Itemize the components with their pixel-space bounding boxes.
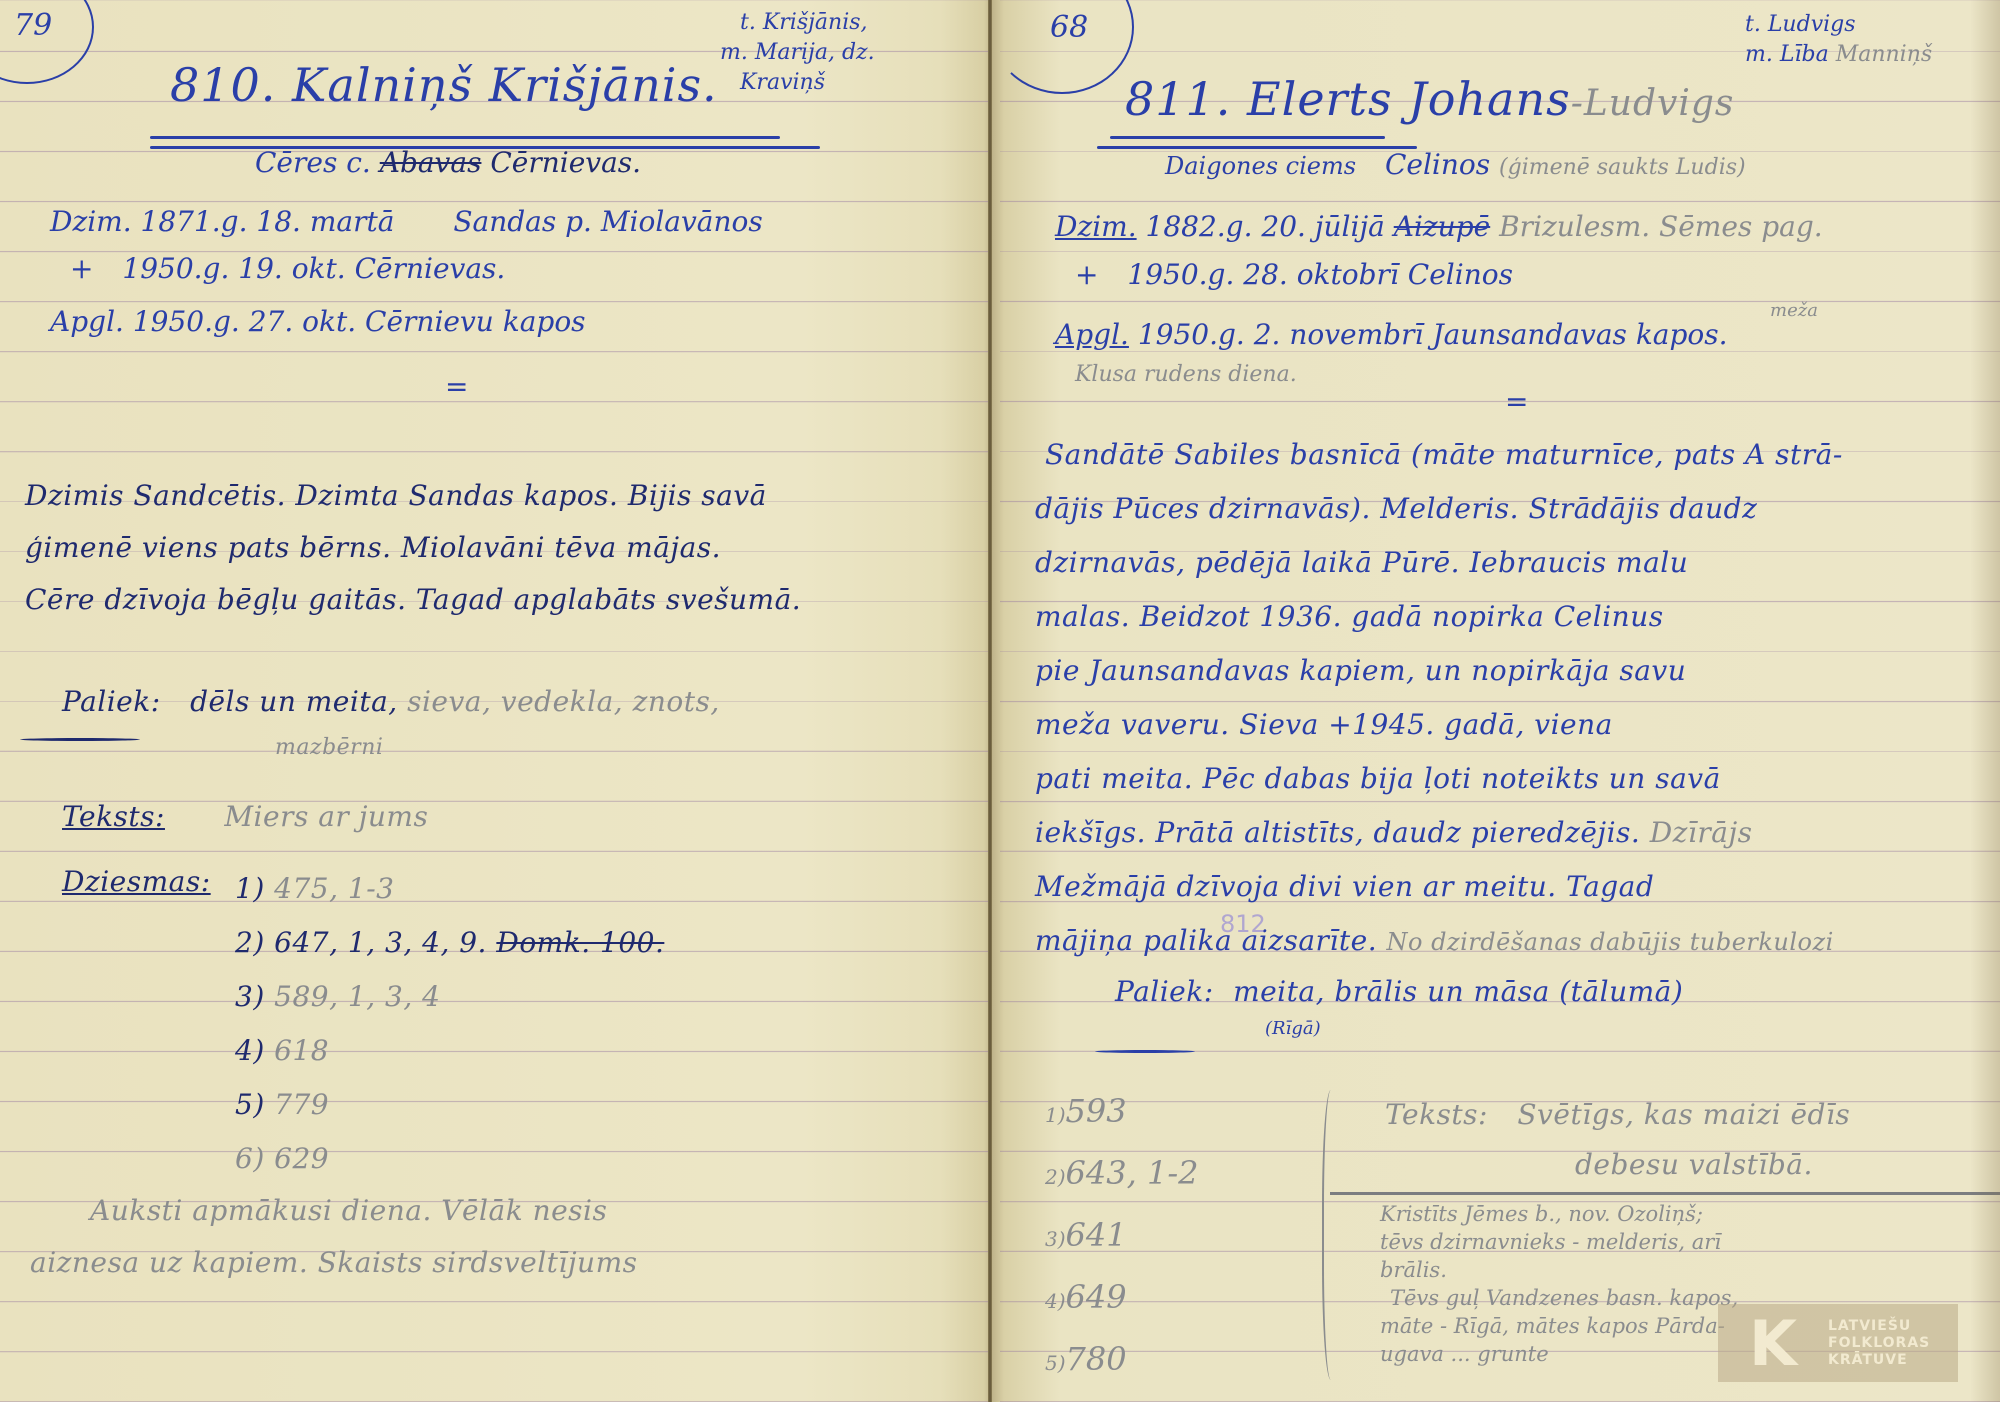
survivors-line: Paliek: meita, brālis un māsa (tālumā) [1115,975,1683,1008]
entry-name-pencil: -Ludvigs [1571,83,1735,124]
survivors-pencil-2: mazbērni [275,735,383,760]
bio-line: mājiņa palika aizsarīte. [1035,924,1377,957]
separator: = [1505,385,1528,418]
hymns-list: 1)593 2)643, 1-2 3)641 4)649 5)780 [1045,1082,1198,1392]
born-place: Sandas p. Miolavānos [453,205,762,238]
hymn-item: 4) 618 [235,1024,664,1078]
parish-prefix: Daigones ciems [1165,152,1356,180]
page-number-arc [1000,0,1134,94]
died-place: Celinos [1408,258,1513,291]
text-value-2: debesu valstībā. [1385,1140,1850,1190]
bio-line: malas. Beidzot 1936. gadā nopirka Celinu… [1035,590,1843,644]
pencil-note-line: brālis. [1380,1256,1738,1284]
bio-line: Mežmājā dzīvoja divi vien ar meitu. Taga… [1035,860,1843,914]
bio-line: Cēre dzīvoja bēgļu gaitās. Tagad apglabā… [25,574,801,626]
hymn-value: 649 [1066,1278,1127,1316]
hymn-num: 4) [235,1034,265,1067]
hymn-num: 3) [235,980,265,1013]
hymn-value: 641 [1066,1216,1127,1254]
hymn-item: 1) 475, 1-3 [235,862,664,916]
parents-note-pencil: Manniņš [1836,42,1932,67]
hymn-value: 643, 1-2 [1066,1154,1199,1192]
died-label: + [70,252,93,285]
hymn-num: 2) [235,926,265,959]
parents-note-line: m. Marija, dz. [720,38,875,68]
survivors-swash [1095,1050,1195,1053]
logo-line: KRĀTUVE [1828,1352,1930,1369]
entry-name: Elerts Johans [1247,72,1571,126]
hymn-item: 2)643, 1-2 [1045,1144,1198,1206]
hymn-num: 5) [235,1088,265,1121]
title-underline [150,136,780,139]
buried-line: Apgl. 1950.g. 2. novembrī Jaunsandavas k… [1055,318,1728,351]
hymns-label: Dziesmas: [62,865,211,898]
notebook-spread: 79 810. Kalniņš Krišjānis. t. Krišjānis,… [0,0,2000,1402]
entry-name: Kalniņš Krišjānis. [292,58,718,112]
parish-struck: Abavas [380,146,482,179]
survivors-label: Paliek: [62,685,161,718]
died-label: + [1075,258,1098,291]
bio-line: Sandātē Sabiles basnīcā (māte maturnīce,… [1035,428,1843,482]
survivors-label: Paliek: [1115,975,1214,1008]
hymn-item: 1)593 [1045,1082,1198,1144]
bio-line: dzirnavās, pēdējā laikā Pūrē. Iebraucis … [1035,536,1843,590]
entry-title: 811. Elerts Johans-Ludvigs [1125,72,1734,126]
text-block: Teksts: Svētīgs, kas maizi ēdīs debesu v… [1385,1090,1850,1190]
parents-note: t. Ludvigs m. Lība Manniņš [1745,10,1932,70]
buried-pencil-above: meža [1770,300,1818,321]
pencil-divider [1330,1192,2000,1195]
died-place: Cērnievas. [355,252,506,285]
hymn-num: 1) [1045,1103,1066,1127]
hymn-item: 3) 589, 1, 3, 4 [235,970,664,1024]
title-underline [1110,136,1385,139]
footer-line: Auksti apmākusi diena. Vēlāk nesis [30,1185,638,1237]
parents-note-line: m. Lība [1745,42,1829,67]
died-date: 1950.g. 19. okt. [122,252,345,285]
survivors-value: meita, brālis un māsa (tālumā) [1233,975,1683,1008]
entry-number: 811. [1125,72,1231,126]
parents-note: t. Krišjānis, m. Marija, dz. Kraviņš [720,8,875,98]
buried-line: Apgl. 1950.g. 27. okt. Cērnievu kapos [50,305,586,338]
hymn-num: 6) [235,1142,265,1175]
pencil-note-line: Tēvs guļ Vandzenes basn. kapos, [1380,1284,1738,1312]
parish-pencil-note: (ģimenē saukts Ludis) [1499,155,1746,180]
died-date: 1950.g. 28. oktobrī [1127,258,1399,291]
hymns-brace [1322,1090,1344,1380]
footer-line: aiznesa uz kapiem. Skaists sirdsveltījum… [30,1237,638,1289]
hymn-item: 5) 779 [235,1078,664,1132]
footer-note: Auksti apmākusi diena. Vēlāk nesis aizne… [30,1185,638,1289]
hymn-value: 618 [274,1034,329,1067]
hymn-value: 647, 1, 3, 4, 9. [274,926,487,959]
buried-place: Cērnievu kapos [365,305,586,338]
parish-prefix: Cēres c. [255,146,371,179]
bio-line: dājis Pūces dzirnavās). Melderis. Strādā… [1035,482,1843,536]
born-pencil-place: Brizulesm. Sēmes pag. [1499,210,1823,243]
survivors-ink: dēls un meita, [190,685,398,718]
logo-line: LATVIEŠU [1828,1318,1930,1335]
parents-note-line: Kraviņš [720,68,875,98]
hymn-value: 589, 1, 3, 4 [274,980,440,1013]
bio-line: iekšīgs. Prātā altistīts, daudz pieredzē… [1035,816,1640,849]
hymn-value: 629 [274,1142,329,1175]
text-label: Teksts: [62,800,165,833]
bio-line: Dzimis Sandcētis. Dzimta Sandas kapos. B… [25,470,801,522]
logo-line: FOLKLORAS [1828,1335,1930,1352]
survivors-pencil: sieva, vedekla, znots, [407,685,720,718]
born-line: Dzim. 1871.g. 18. martā Sandas p. Miolav… [50,205,763,238]
hymn-item: 5)780 [1045,1330,1198,1392]
separator: = [445,370,468,403]
born-label: Dzim. [50,205,132,238]
stamp-mark: 812 [1220,910,1266,938]
hymn-value: 593 [1066,1092,1127,1130]
hymn-item: 3)641 [1045,1206,1198,1268]
bio-line: pati meita. Pēc dabas bija ļoti noteikts… [1035,752,1843,806]
hymns-list: 1) 475, 1-3 2) 647, 1, 3, 4, 9. Domk. 10… [235,862,664,1186]
parish-value: Cērnievas. [490,146,641,179]
born-struck: Aizupē [1394,210,1490,243]
parish-line: Cēres c. Abavas Cērnievas. [255,146,641,179]
bio-pencil-tail: No dzirdēšanas dabūjis tuberkulozi [1387,928,1834,956]
hymn-num: 2) [1045,1165,1066,1189]
hymn-item: 2) 647, 1, 3, 4, 9. Domk. 100. [235,916,664,970]
hymn-num: 5) [1045,1351,1066,1375]
bio-pencil-tail: Dzīrājs [1650,816,1753,849]
hymn-num: 1) [235,872,265,905]
parents-note-line: t. Krišjānis, [720,8,875,38]
pencil-note-line: ugava ... grunte [1380,1340,1738,1368]
bio-line: meža vaveru. Sieva +1945. gadā, viena [1035,698,1843,752]
logo-k-icon: K [1718,1304,1828,1382]
weather-note: Klusa rudens diena. [1075,362,1297,387]
buried-date: 1950.g. 2. novembrī [1138,318,1424,351]
left-page: 79 810. Kalniņš Krišjānis. t. Krišjānis,… [0,0,990,1402]
survivors-swash [20,738,140,741]
hymn-value: 779 [274,1088,329,1121]
hymn-num: 3) [1045,1227,1066,1251]
hymn-item: 6) 629 [235,1132,664,1186]
died-line: + 1950.g. 19. okt. Cērnievas. [70,252,505,285]
born-date: 1882.g. 20. jūlijā [1146,210,1385,243]
hymn-num: 4) [1045,1289,1066,1313]
buried-date: 1950.g. 27. okt. [133,305,356,338]
logo-text: LATVIEŠU FOLKLORAS KRĀTUVE [1828,1318,1930,1369]
born-line: Dzim. 1882.g. 20. jūlijā Aizupē Brizules… [1055,210,1823,243]
entry-number: 810. [170,58,276,112]
pencil-note-line: māte - Rīgā, mātes kapos Pārda- [1380,1312,1738,1340]
page-number-arc [0,0,94,84]
entry-title: 810. Kalniņš Krišjānis. [170,58,718,112]
parish-value: Celinos [1385,148,1490,181]
hymn-item: 4)649 [1045,1268,1198,1330]
pencil-note-line: tēvs dzirnavnieks - melderis, arī [1380,1228,1738,1256]
born-label: Dzim. [1055,210,1137,243]
bio-text: Dzimis Sandcētis. Dzimta Sandas kapos. B… [25,470,801,626]
buried-label: Apgl. [50,305,124,338]
buried-label: Apgl. [1055,318,1129,351]
hymn-value: 475, 1-3 [274,872,394,905]
text-value: Miers ar jums [224,800,428,833]
born-date: 1871.g. 18. martā [141,205,395,238]
buried-place: Jaunsandavas kapos. [1432,318,1727,351]
parish-line: Daigones ciems Celinos (ģimenē saukts Lu… [1165,148,1746,181]
pencil-notes: Kristīts Jēmes b., nov. Ozoliņš; tēvs dz… [1380,1200,1738,1368]
died-line: + 1950.g. 28. oktobrī Celinos [1075,258,1513,291]
notebook-gutter [988,0,992,1402]
survivors-line: Paliek: dēls un meita, sieva, vedekla, z… [62,685,720,718]
page-edge-shadow [1970,0,2000,1402]
folklore-archive-logo: K LATVIEŠU FOLKLORAS KRĀTUVE [1718,1304,1958,1382]
hymn-value: 780 [1066,1340,1127,1378]
survivors-sub: (Rīgā) [1265,1018,1321,1039]
parents-note-line: t. Ludvigs [1745,10,1932,40]
bio-line: ģimenē viens pats bērns. Miolavāni tēva … [25,522,801,574]
right-page: 68 811. Elerts Johans-Ludvigs t. Ludvigs… [1000,0,2000,1402]
text-value: Svētīgs, kas maizi ēdīs [1517,1098,1850,1131]
bio-text: Sandātē Sabiles basnīcā (māte maturnīce,… [1035,428,1843,969]
text-line: Teksts: Miers ar jums [62,800,428,833]
text-label: Teksts: [1385,1098,1488,1131]
hymn-struck: Domk. 100. [496,926,664,959]
pencil-note-line: Kristīts Jēmes b., nov. Ozoliņš; [1380,1200,1738,1228]
bio-line: pie Jaunsandavas kapiem, un nopirkāja sa… [1035,644,1843,698]
